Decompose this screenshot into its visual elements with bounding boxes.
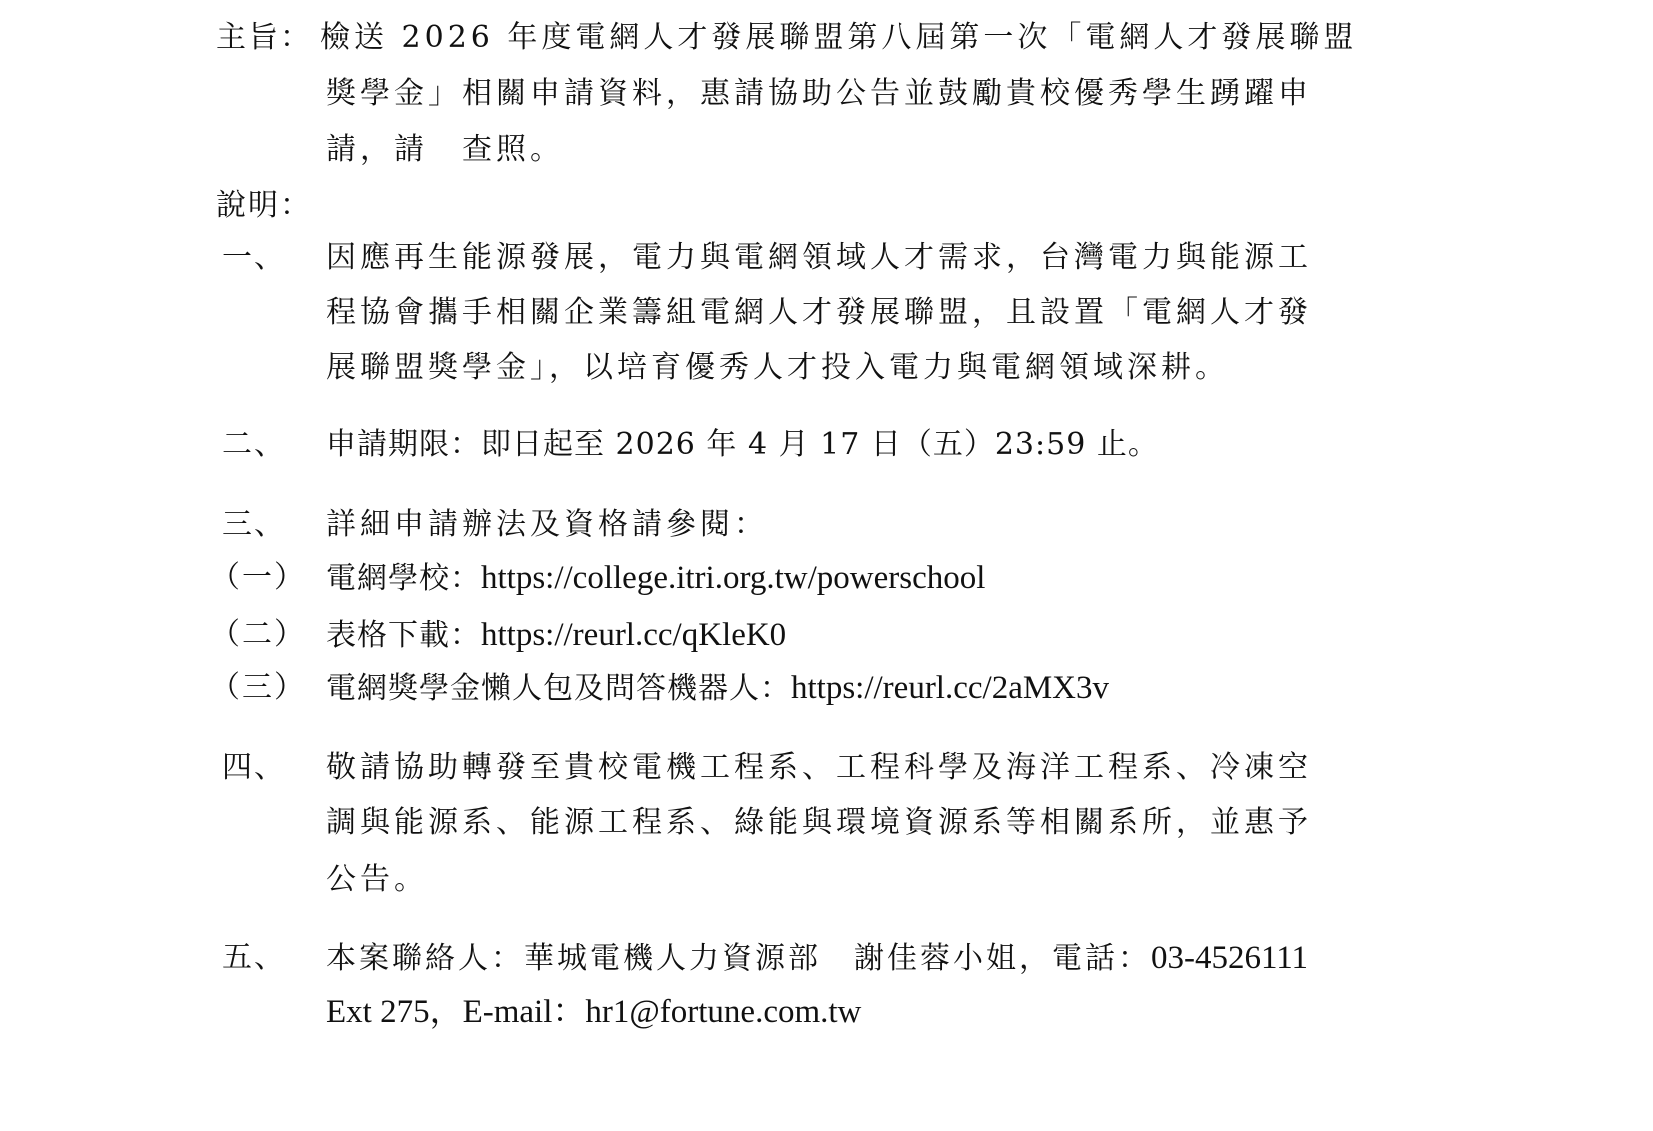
subject-line-3: 請，請 查照。	[326, 130, 564, 170]
contact-email-link[interactable]: hr1@fortune.com.tw	[585, 994, 861, 1030]
contact-extension: Ext 275，E-mail：	[326, 994, 585, 1030]
subitem-1-marker: （一）	[210, 558, 306, 598]
contact-info: 本案聯絡人：華城電機人力資源部 謝佳蓉小姐，電話：	[326, 941, 1151, 976]
item-5-marker: 五、	[222, 938, 286, 978]
item-1-line-2: 程協會攜手相關企業籌組電網人才發展聯盟，且設置「電網人才發	[326, 293, 1312, 333]
item-4-line-3: 公告。	[326, 860, 428, 900]
item-1-line-1: 因應再生能源發展，電力與電網領域人才需求，台灣電力與能源工	[326, 238, 1312, 278]
item-5-line-2: Ext 275，E-mail：hr1@fortune.com.tw	[326, 992, 861, 1033]
item-4-line-2: 調與能源系、能源工程系、綠能與環境資源系等相關系所，並惠予	[326, 803, 1312, 843]
item-4-marker: 四、	[222, 748, 286, 788]
item-2-line-1: 申請期限：即日起至 2026 年 4 月 17 日（五）23:59 止。	[326, 425, 1159, 465]
scholarship-faq-link[interactable]: https://reurl.cc/2aMX3v	[791, 670, 1109, 706]
explanation-label: 說明：	[216, 186, 312, 226]
item-1-marker: 一、	[222, 238, 286, 278]
item-4-line-1: 敬請協助轉發至貴校電機工程系、工程科學及海洋工程系、冷凍空	[326, 748, 1312, 788]
item-3-marker: 三、	[222, 505, 286, 545]
subitem-1-label: 電網學校：	[326, 561, 481, 596]
item-1-line-3: 展聯盟獎學金」，以培育優秀人才投入電力與電網領域深耕。	[326, 348, 1229, 388]
item-2-marker: 二、	[222, 425, 286, 465]
powerschool-link[interactable]: https://college.itri.org.tw/powerschool	[481, 560, 985, 596]
subject-label: 主旨：	[216, 18, 312, 58]
subitem-2-marker: （二）	[210, 615, 306, 655]
subitem-2-label: 表格下載：	[326, 618, 481, 653]
subject-line-2: 獎學金」相關申請資料，惠請協助公告並鼓勵貴校優秀學生踴躍申	[326, 74, 1312, 114]
item-3-line-1: 詳細申請辦法及資格請參閱：	[326, 505, 768, 545]
contact-phone: 03-4526111	[1151, 940, 1308, 976]
form-download-link[interactable]: https://reurl.cc/qKleK0	[481, 617, 786, 653]
subitem-3-label: 電網獎學金懶人包及問答機器人：	[326, 671, 791, 706]
subitem-2: 表格下載：https://reurl.cc/qKleK0	[326, 615, 786, 656]
subject-line-1: 檢送 2026 年度電網人才發展聯盟第八屆第一次「電網人才發展聯盟	[320, 18, 1357, 58]
subitem-3-marker: （三）	[210, 668, 306, 708]
subitem-3: 電網獎學金懶人包及問答機器人：https://reurl.cc/2aMX3v	[326, 668, 1109, 709]
item-5-line-1: 本案聯絡人：華城電機人力資源部 謝佳蓉小姐，電話：03-4526111	[326, 938, 1308, 979]
subitem-1: 電網學校：https://college.itri.org.tw/powersc…	[326, 558, 985, 599]
